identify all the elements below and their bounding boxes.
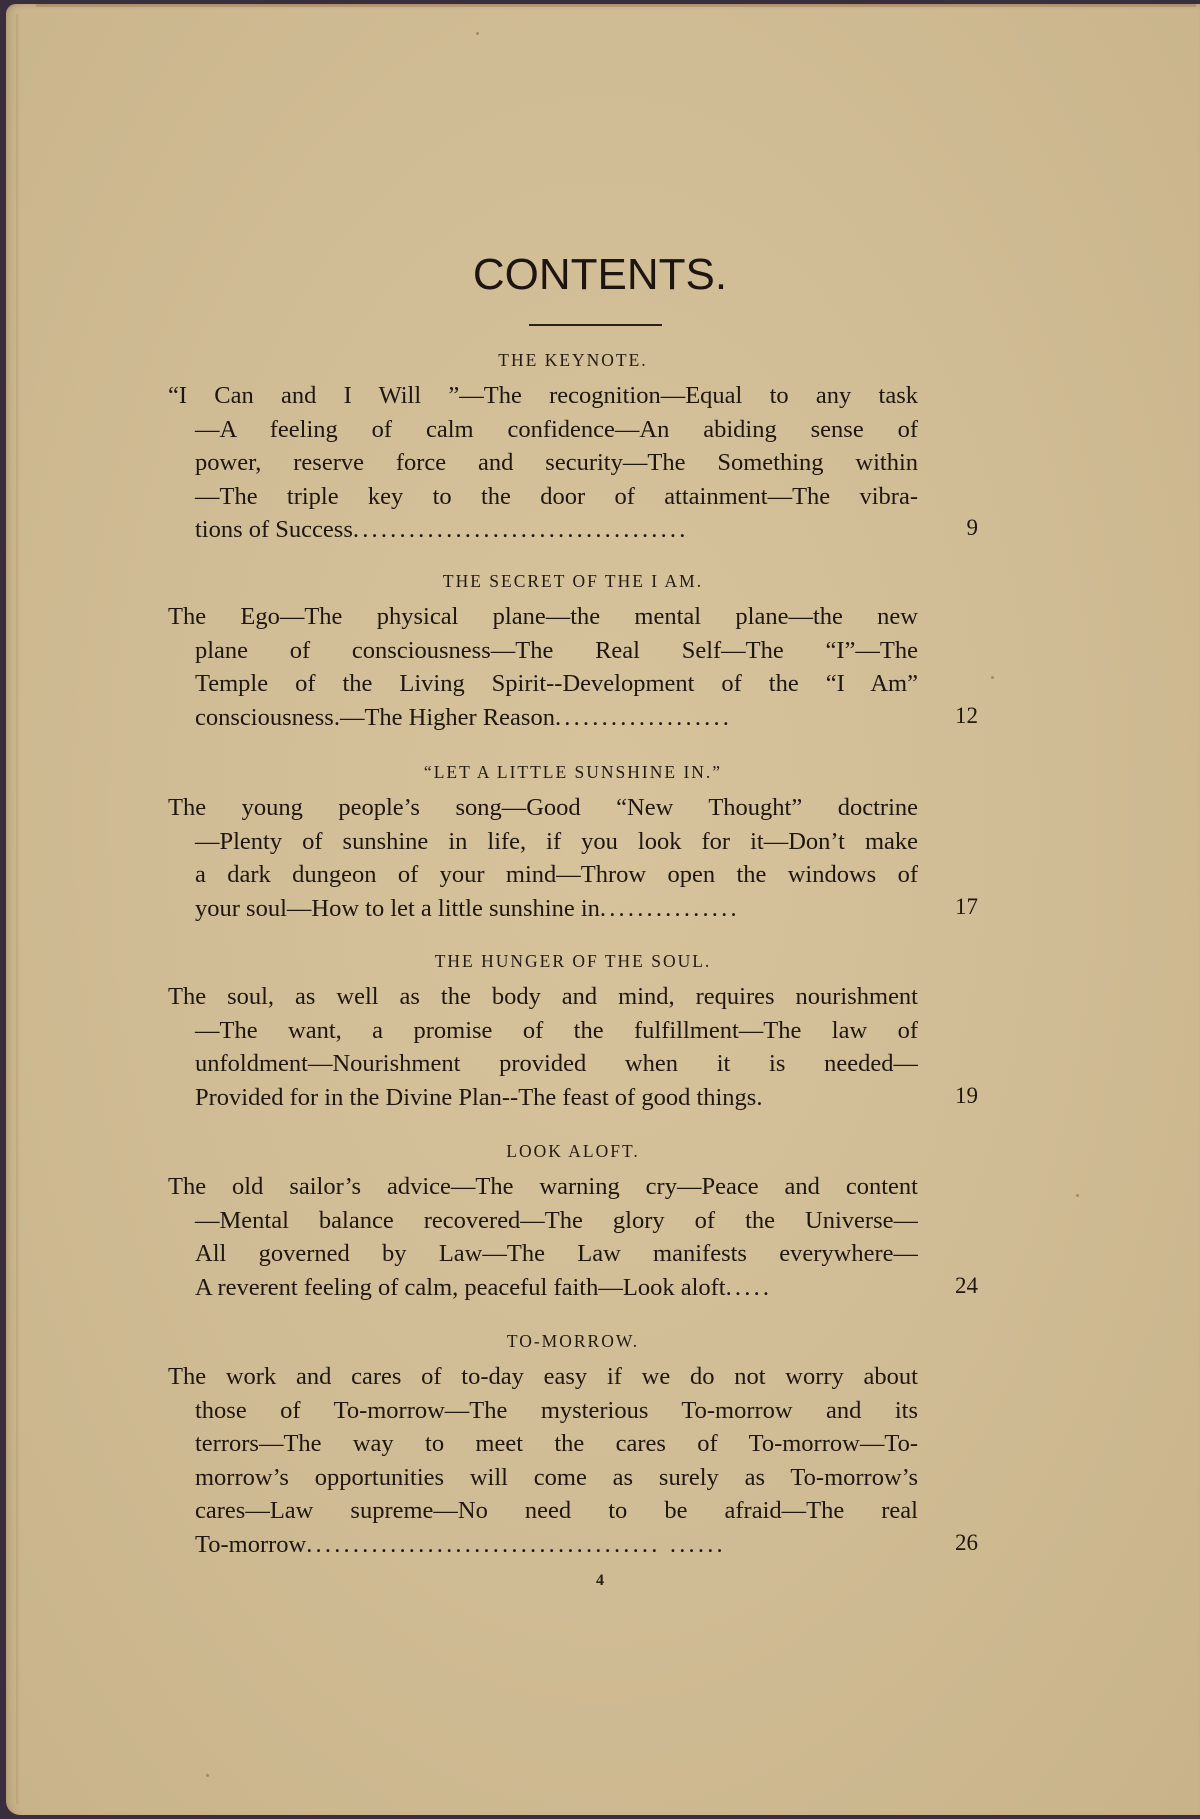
dot-leader: ................... bbox=[555, 704, 732, 731]
toc-section: THE SECRET OF THE I AM.The Ego—The physi… bbox=[195, 566, 978, 734]
entry-line: —Mental balance recovered—The glory of t… bbox=[168, 1204, 918, 1238]
dot-leader: ..... bbox=[726, 1274, 773, 1301]
entry-line: power, reserve force and security—The So… bbox=[168, 446, 918, 480]
entry-line: Provided for in the Divine Plan--The fea… bbox=[168, 1081, 918, 1115]
entry-line-text: The young people’s song—Good “New Though… bbox=[168, 794, 918, 821]
paper-speck bbox=[1076, 1194, 1079, 1197]
entry-line-text: —The triple key to the door of attainmen… bbox=[195, 483, 918, 510]
entry-line: —The want, a promise of the fulfillment—… bbox=[168, 1014, 918, 1048]
entry-line: terrors—The way to meet the cares of To-… bbox=[168, 1427, 918, 1461]
entry-description: “I Can and I Will ”—The recognition—Equa… bbox=[168, 379, 918, 547]
entry-line: your soul—How to let a little sunshine i… bbox=[168, 892, 918, 926]
toc-entry[interactable]: The soul, as well as the body and mind, … bbox=[168, 980, 978, 1114]
entry-line-text: those of To-morrow—The mysterious To-mor… bbox=[195, 1397, 918, 1424]
entry-line: The old sailor’s advice—The warning cry—… bbox=[168, 1170, 918, 1204]
toc-entry[interactable]: “I Can and I Will ”—The recognition—Equa… bbox=[168, 379, 978, 547]
entry-line-text: All governed by Law—The Law manifests ev… bbox=[195, 1240, 918, 1267]
entry-line: morrow’s opportunities will come as sure… bbox=[168, 1461, 918, 1495]
section-heading: THE SECRET OF THE I AM. bbox=[168, 566, 978, 596]
entry-line: The work and cares of to-day easy if we … bbox=[168, 1360, 918, 1394]
page-number: 17 bbox=[928, 890, 978, 924]
entry-line: cares—Law supreme—No need to be afraid—T… bbox=[168, 1494, 918, 1528]
page-number: 12 bbox=[928, 699, 978, 733]
toc-entry[interactable]: The old sailor’s advice—The warning cry—… bbox=[168, 1170, 978, 1304]
toc-entry[interactable]: The Ego—The physical plane—the mental pl… bbox=[168, 600, 978, 734]
entry-line-text: tions of Success bbox=[195, 516, 353, 543]
section-heading: “LET A LITTLE SUNSHINE IN.” bbox=[168, 757, 978, 787]
entry-line-text: —Mental balance recovered—The glory of t… bbox=[195, 1207, 918, 1234]
paper-speck bbox=[476, 32, 479, 35]
entry-line-text: Provided for in the Divine Plan--The fea… bbox=[195, 1084, 762, 1111]
page-title: CONTENTS. bbox=[0, 250, 1200, 300]
page-number: 19 bbox=[928, 1079, 978, 1113]
toc-section: “LET A LITTLE SUNSHINE IN.”The young peo… bbox=[195, 757, 978, 925]
entry-line-text: A reverent feeling of calm, peaceful fai… bbox=[195, 1274, 726, 1301]
section-heading: THE KEYNOTE. bbox=[168, 345, 978, 375]
entry-description: The young people’s song—Good “New Though… bbox=[168, 791, 918, 925]
entry-line-text: terrors—The way to meet the cares of To-… bbox=[195, 1430, 918, 1457]
page-folio-number: 4 bbox=[0, 1572, 1200, 1590]
entry-line: A reverent feeling of calm, peaceful fai… bbox=[168, 1271, 918, 1305]
entry-line-text: To-morrow bbox=[195, 1531, 306, 1558]
toc-entry[interactable]: The young people’s song—Good “New Though… bbox=[168, 791, 978, 925]
entry-line-text: plane of consciousness—The Real Self—The… bbox=[195, 637, 918, 664]
section-heading: LOOK ALOFT. bbox=[168, 1136, 978, 1166]
entry-line: “I Can and I Will ”—The recognition—Equa… bbox=[168, 379, 918, 413]
paper-speck bbox=[206, 1774, 209, 1777]
toc-section: THE HUNGER OF THE SOUL.The soul, as well… bbox=[195, 946, 978, 1114]
entry-description: The old sailor’s advice—The warning cry—… bbox=[168, 1170, 918, 1304]
entry-line: those of To-morrow—The mysterious To-mor… bbox=[168, 1394, 918, 1428]
entry-line-text: morrow’s opportunities will come as sure… bbox=[195, 1464, 918, 1491]
entry-line-text: The soul, as well as the body and mind, … bbox=[168, 983, 918, 1010]
toc-section: TO-MORROW.The work and cares of to-day e… bbox=[195, 1326, 978, 1562]
paper-speck bbox=[991, 676, 994, 679]
entry-line: All governed by Law—The Law manifests ev… bbox=[168, 1237, 918, 1271]
entry-line-text: a dark dungeon of your mind—Throw open t… bbox=[195, 861, 918, 888]
entry-line-text: —Plenty of sunshine in life, if you look… bbox=[195, 828, 918, 855]
dot-leader: ...................................... .… bbox=[306, 1531, 726, 1558]
page-number: 26 bbox=[928, 1526, 978, 1560]
entry-description: The soul, as well as the body and mind, … bbox=[168, 980, 918, 1114]
toc-entry[interactable]: The work and cares of to-day easy if we … bbox=[168, 1360, 978, 1562]
entry-line-text: unfoldment—Nourishment provided when it … bbox=[195, 1050, 918, 1077]
toc-section: LOOK ALOFT.The old sailor’s advice—The w… bbox=[195, 1136, 978, 1304]
entry-description: The Ego—The physical plane—the mental pl… bbox=[168, 600, 918, 734]
entry-line-text: Temple of the Living Spirit--Development… bbox=[195, 670, 918, 697]
entry-line-text: —A feeling of calm confidence—An abiding… bbox=[195, 416, 918, 443]
toc-section: THE KEYNOTE.“I Can and I Will ”—The reco… bbox=[195, 345, 978, 547]
entry-line-text: your soul—How to let a little sunshine i… bbox=[195, 895, 600, 922]
entry-line-text: cares—Law supreme—No need to be afraid—T… bbox=[195, 1497, 918, 1524]
entry-line-text: The old sailor’s advice—The warning cry—… bbox=[168, 1173, 918, 1200]
dot-leader: ............... bbox=[600, 895, 740, 922]
entry-line: tions of Success........................… bbox=[168, 513, 918, 547]
section-heading: THE HUNGER OF THE SOUL. bbox=[168, 946, 978, 976]
section-heading: TO-MORROW. bbox=[168, 1326, 978, 1356]
page-number: 24 bbox=[928, 1269, 978, 1303]
entry-line-text: The work and cares of to-day easy if we … bbox=[168, 1363, 918, 1390]
entry-line-text: “I Can and I Will ”—The recognition—Equa… bbox=[168, 382, 918, 409]
entry-line: The Ego—The physical plane—the mental pl… bbox=[168, 600, 918, 634]
entry-line: —A feeling of calm confidence—An abiding… bbox=[168, 413, 918, 447]
entry-line: unfoldment—Nourishment provided when it … bbox=[168, 1047, 918, 1081]
entry-line: The soul, as well as the body and mind, … bbox=[168, 980, 918, 1014]
entry-line-text: The Ego—The physical plane—the mental pl… bbox=[168, 603, 918, 630]
entry-line: plane of consciousness—The Real Self—The… bbox=[168, 634, 918, 668]
entry-line: a dark dungeon of your mind—Throw open t… bbox=[168, 858, 918, 892]
page-top-edge bbox=[36, 4, 1196, 7]
entry-line-text: power, reserve force and security—The So… bbox=[195, 449, 918, 476]
entry-line: consciousness.—The Higher Reason........… bbox=[168, 701, 918, 735]
title-rule bbox=[529, 324, 662, 326]
dot-leader: .................................... bbox=[353, 516, 689, 543]
entry-line-text: consciousness.—The Higher Reason bbox=[195, 704, 555, 731]
entry-description: The work and cares of to-day easy if we … bbox=[168, 1360, 918, 1562]
entry-line: Temple of the Living Spirit--Development… bbox=[168, 667, 918, 701]
entry-line-text: —The want, a promise of the fulfillment—… bbox=[195, 1017, 918, 1044]
entry-line: To-morrow...............................… bbox=[168, 1528, 918, 1562]
page-number: 9 bbox=[928, 511, 978, 545]
entry-line: —Plenty of sunshine in life, if you look… bbox=[168, 825, 918, 859]
entry-line: —The triple key to the door of attainmen… bbox=[168, 480, 918, 514]
entry-line: The young people’s song—Good “New Though… bbox=[168, 791, 918, 825]
